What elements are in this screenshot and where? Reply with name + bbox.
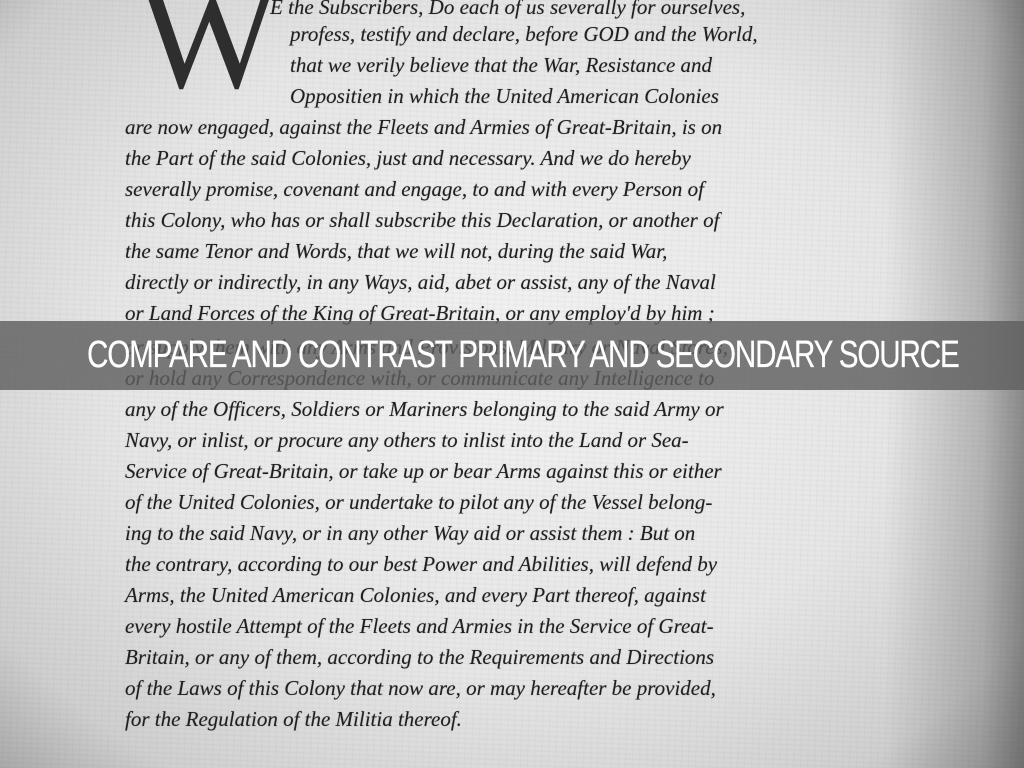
document-line: this Colony, who has or shall subscribe …: [125, 207, 719, 233]
document-line: any of the Officers, Soldiers or Mariner…: [125, 396, 724, 422]
document-line: Oppositien in which the United American …: [290, 83, 719, 109]
drop-cap: W: [138, 0, 276, 112]
document-line: E the Subscribers, Do each of us several…: [270, 0, 745, 20]
document-line: Britain, or any of them, according to th…: [125, 644, 714, 670]
slide: W E the Subscribers, Do each of us sever…: [0, 0, 1024, 768]
document-line: that we verily believe that the War, Res…: [290, 52, 712, 78]
document-line: are now engaged, against the Fleets and …: [125, 114, 722, 140]
document-line: directly or indirectly, in any Ways, aid…: [125, 269, 716, 295]
document-line: severally promise, covenant and engage, …: [125, 176, 704, 202]
document-line: profess, testify and declare, before GOD…: [290, 21, 758, 47]
document-line: every hostile Attempt of the Fleets and …: [125, 613, 714, 639]
document-line: Service of Great-Britain, or take up or …: [125, 458, 722, 484]
document-line: ing to the said Navy, or in any other Wa…: [125, 520, 695, 546]
document-line: the same Tenor and Words, that we will n…: [125, 238, 667, 264]
document-line: of the United Colonies, or undertake to …: [125, 489, 712, 515]
document-line: Arms, the United American Colonies, and …: [125, 582, 706, 608]
title-banner: COMPARE AND CONTRAST PRIMARY AND SECONDA…: [0, 321, 1024, 390]
document-line: the contrary, according to our best Powe…: [125, 551, 717, 577]
document-line: for the Regulation of the Militia thereo…: [125, 706, 462, 732]
document-line: the Part of the said Colonies, just and …: [125, 145, 691, 171]
document-line: Navy, or inlist, or procure any others t…: [125, 427, 689, 453]
document-line: of the Laws of this Colony that now are,…: [125, 675, 716, 701]
slide-title: COMPARE AND CONTRAST PRIMARY AND SECONDA…: [87, 334, 959, 377]
